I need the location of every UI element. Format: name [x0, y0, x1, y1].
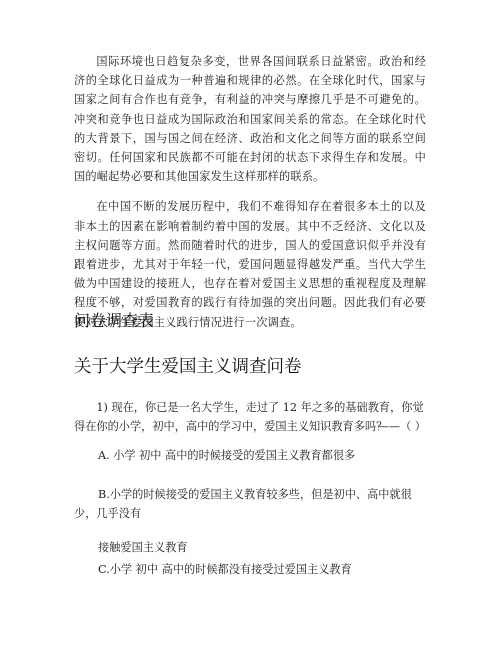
- document-body: 国际环境也日趋复杂多变，世界各国间联系日益紧密。政治和经济的全球化日益成为一种普…: [74, 52, 426, 332]
- questionnaire-title: 关于大学生爱国主义调查问卷: [74, 356, 302, 378]
- option-b: B.小学的时候接受的爱国主义教育较多些，但是初中、高中就很少，几乎没有: [74, 485, 426, 523]
- intro-paragraph-1: 国际环境也日趋复杂多变，世界各国间联系日益紧密。政治和经济的全球化日益成为一种普…: [74, 52, 426, 186]
- answer-blank: ——（ ）: [378, 417, 426, 436]
- option-c: C.小学 初中 高中的时候都没有接受过爱国主义教育: [98, 560, 352, 579]
- question-1-text: 1) 现在，你已是一名大学生，走过了 12 年之多的基础教育，你觉得在你的小学，…: [74, 401, 424, 433]
- option-a: A. 小学 初中 高中的时候接受的爱国主义教育都很多: [98, 446, 355, 465]
- question-1: 1) 现在，你已是一名大学生，走过了 12 年之多的基础教育，你觉得在你的小学，…: [74, 398, 426, 436]
- option-b-continued: 接触爱国主义教育: [98, 538, 188, 557]
- section-heading: 问卷调查表: [74, 311, 154, 331]
